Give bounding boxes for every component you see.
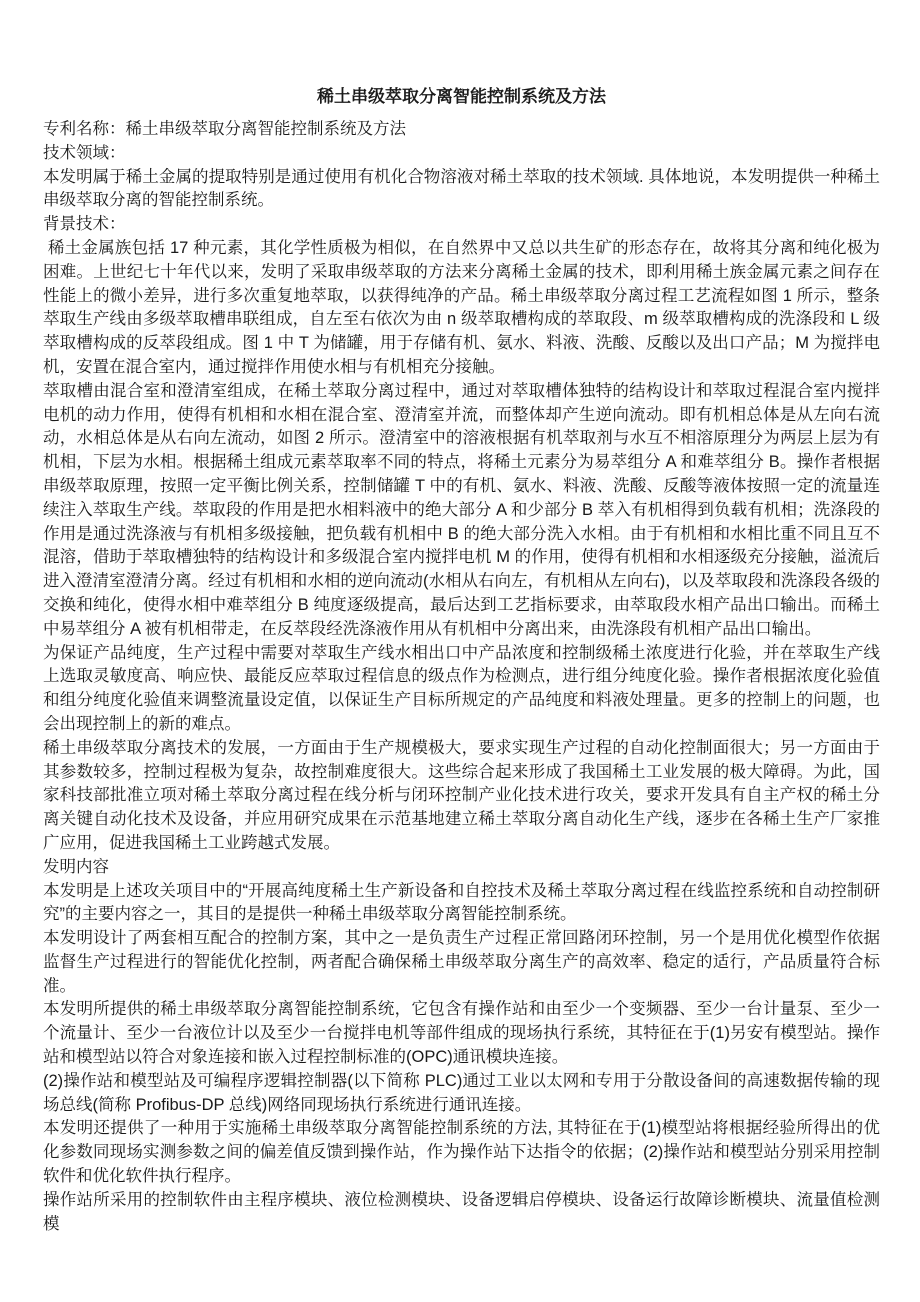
paragraph-invention-6: 操作站所采用的控制软件由主程序模块、液位检测模块、设备逻辑启停模块、设备运行故障… (43, 1189, 880, 1237)
patent-document-page: 稀土串级萃取分离智能控制系统及方法 专利名称：稀土串级萃取分离智能控制系统及方法… (0, 0, 920, 1302)
paragraph-technical-field: 本发明属于稀土金属的提取特别是通过使用有机化合物溶液对稀土萃取的技术领域. 具体… (43, 166, 880, 214)
paragraph-invention-2: 本发明设计了两套相互配合的控制方案，其中之一是负责生产过程正常回路闭环控制，另一… (43, 927, 880, 998)
paragraph-invention-1: 本发明是上述攻关项目中的“开展高纯度稀土生产新设备和自控技术及稀土萃取分离过程在… (43, 880, 880, 928)
heading-invention-content: 发明内容 (43, 856, 880, 880)
heading-technical-field: 技术领域： (43, 142, 880, 166)
heading-background: 背景技术： (43, 213, 880, 237)
paragraph-background-4: 稀土串级萃取分离技术的发展，一方面由于生产规模极大，要求实现生产过程的自动化控制… (43, 737, 880, 856)
paragraph-invention-3: 本发明所提供的稀土串级萃取分离智能控制系统，它包含有操作站和由至少一个变频器、至… (43, 998, 880, 1069)
document-title: 稀土串级萃取分离智能控制系统及方法 (43, 85, 880, 109)
paragraph-background-2: 萃取槽由混合室和澄清室组成，在稀土萃取分离过程中，通过对萃取槽体独特的结构设计和… (43, 380, 880, 642)
paragraph-invention-4: (2)操作站和模型站及可编程序逻辑控制器(以下简称 PLC)通过工业以太网和专用… (43, 1070, 880, 1118)
paragraph-background-3: 为保证产品纯度，生产过程中需要对萃取生产线水相出口中产品浓度和控制级稀土浓度进行… (43, 642, 880, 737)
paragraph-background-1: 稀土金属族包括 17 种元素，其化学性质极为相似，在自然界中又总以共生矿的形态存… (43, 237, 880, 380)
paragraph-patent-name: 专利名称：稀土串级萃取分离智能控制系统及方法 (43, 118, 880, 142)
paragraph-invention-5: 本发明还提供了一种用于实施稀土串级萃取分离智能控制系统的方法, 其特征在于(1)… (43, 1117, 880, 1188)
